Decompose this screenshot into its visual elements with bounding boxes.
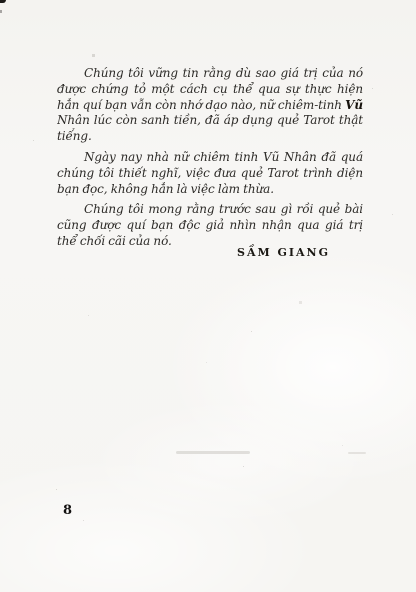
text-segment: Chúng tôi mong rằng trước sau gì rồi quẻ… <box>84 202 363 216</box>
text-line: Ngày nay nhà nữ chiêm tinh Vũ Nhân đã qu… <box>57 150 363 166</box>
text-line: Chúng tôi mong rằng trước sau gì rồi quẻ… <box>57 202 363 218</box>
text-segment: bạn đọc, không hẳn là việc làm thừa. <box>57 182 274 196</box>
text-segment: được chứng tỏ một cách cụ thể qua sự thự… <box>57 82 363 96</box>
paragraph: Chúng tôi vững tin rằng dù sao giá trị c… <box>57 66 363 145</box>
page-number: 8 <box>63 503 72 518</box>
text-line: Chúng tôi vững tin rằng dù sao giá trị c… <box>57 66 363 82</box>
text-line: cũng được quí bạn độc giả nhìn nhận qua … <box>57 218 363 234</box>
text-segment: Nhân lúc còn sanh tiền, đã áp dụng quẻ T… <box>57 113 363 127</box>
text-line: chúng tôi thiết nghĩ, việc đưa quẻ Tarot… <box>57 166 363 182</box>
text-line: bạn đọc, không hẳn là việc làm thừa. <box>57 182 363 198</box>
text-segment: thể chối cãi của nó. <box>57 234 172 248</box>
text-line: hẳn quí bạn vẫn còn nhớ dạo nào, nữ chiê… <box>57 98 363 114</box>
text-line: được chứng tỏ một cách cụ thể qua sự thự… <box>57 82 363 98</box>
text-segment: chúng tôi thiết nghĩ, việc đưa quẻ Tarot… <box>57 166 363 182</box>
scan-noise-specks <box>0 0 1 1</box>
author-signature: SẦM GIANG <box>237 246 330 259</box>
text-segment: cũng được quí bạn độc giả nhìn nhận qua … <box>57 218 363 232</box>
text-line: Nhân lúc còn sanh tiền, đã áp dụng quẻ T… <box>57 113 363 129</box>
text-segment: tiếng. <box>57 129 92 143</box>
paragraph: Chúng tôi mong rằng trước sau gì rồi quẻ… <box>57 202 363 249</box>
text-segment: hẳn quí bạn vẫn còn nhớ dạo nào, nữ chiê… <box>57 98 345 112</box>
scan-smudge <box>348 452 366 454</box>
page-text: Chúng tôi vững tin rằng dù sao giá trị c… <box>57 66 363 250</box>
text-line: tiếng. <box>57 129 363 145</box>
text-segment: Ngày nay nhà nữ chiêm tinh Vũ Nhân đã qu… <box>84 150 363 164</box>
bold-text-segment: Vũ <box>345 98 363 112</box>
scan-smudge <box>176 451 250 454</box>
text-segment: Chúng tôi vững tin rằng dù sao giá trị c… <box>84 66 363 80</box>
paragraph: Ngày nay nhà nữ chiêm tinh Vũ Nhân đã qu… <box>57 150 363 197</box>
book-page: Chúng tôi vững tin rằng dù sao giá trị c… <box>0 0 416 592</box>
scan-edge-mark <box>0 10 2 13</box>
